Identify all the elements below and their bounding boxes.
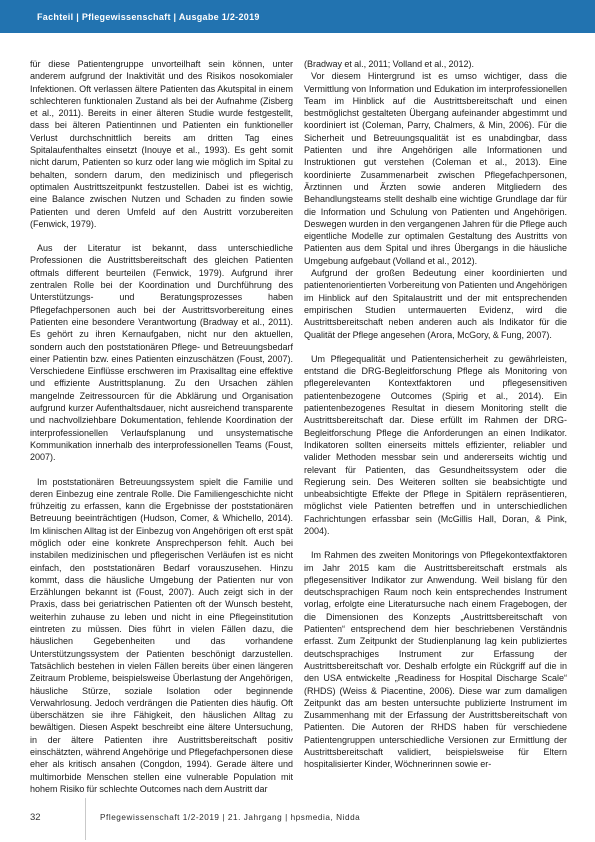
- paragraph: Vor diesem Hintergrund ist es umso wicht…: [304, 70, 567, 267]
- paragraph-continuation: (Bradway et al., 2011; Volland et al., 2…: [304, 58, 567, 70]
- text-column-right: (Bradway et al., 2011; Volland et al., 2…: [304, 58, 567, 795]
- paragraph: Um Pflegequalität und Patientensicherhei…: [304, 353, 567, 537]
- paragraph: Aufgrund der großen Bedeutung einer koor…: [304, 267, 567, 341]
- paragraph-continuation: für diese Patientengruppe unvorteilhaft …: [30, 58, 293, 230]
- text-column-left: für diese Patientengruppe unvorteilhaft …: [30, 58, 293, 795]
- footer-journal-info: Pflegewissenschaft 1/2-2019 | 21. Jahrga…: [100, 813, 360, 822]
- page-header-bar: Fachteil | Pflegewissenschaft | Ausgabe …: [0, 0, 595, 33]
- paragraph: Im poststationären Betreuungssystem spie…: [30, 476, 293, 796]
- paragraph: Im Rahmen des zweiten Monitorings von Pf…: [304, 549, 567, 770]
- journal-page: Fachteil | Pflegewissenschaft | Ausgabe …: [0, 0, 595, 842]
- page-number: 32: [30, 812, 41, 823]
- paragraph: Aus der Literatur ist bekannt, dass unte…: [30, 242, 293, 463]
- article-body: für diese Patientengruppe unvorteilhaft …: [30, 58, 567, 795]
- footer-divider: [85, 798, 86, 840]
- page-footer: 32 Pflegewissenschaft 1/2-2019 | 21. Jah…: [0, 798, 595, 842]
- header-breadcrumb: Fachteil | Pflegewissenschaft | Ausgabe …: [37, 12, 260, 22]
